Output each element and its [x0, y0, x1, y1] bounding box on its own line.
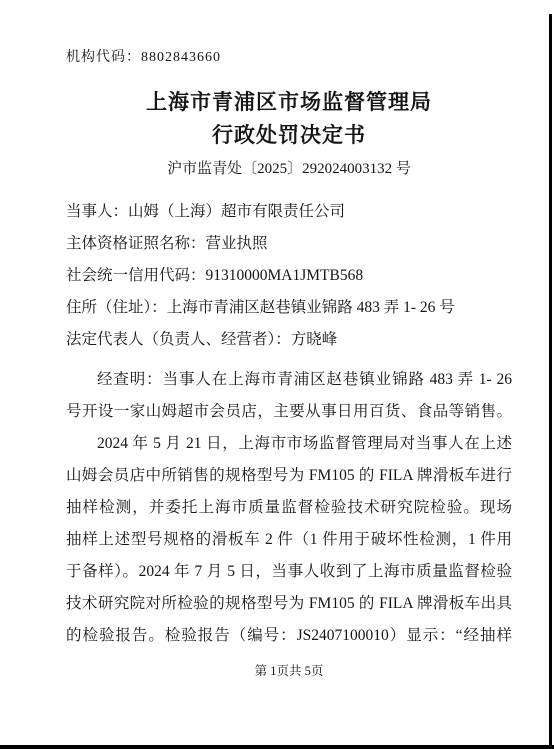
scanned-document-page: 机构代码：8802843660 上海市青浦区市场监督管理局 行政处罚决定书 沪市…	[0, 0, 554, 749]
doc-number: 沪市监青处〔2025〕292024003132 号	[66, 158, 512, 180]
body-line: 的检验报告。检验报告（编号：JS2407100010）显示：“经抽样	[66, 620, 512, 652]
page-number-footer: 第 1页共 5页	[66, 662, 512, 680]
title-doc-type: 行政处罚决定书	[66, 119, 512, 152]
body-line: 技术研究院对所检验的规格型号为 FM105 的 FILA 牌滑板车出具	[66, 588, 512, 620]
document-title: 上海市青浦区市场监督管理局 行政处罚决定书	[66, 86, 512, 152]
body-line: 山姆会员店中所销售的规格型号为 FM105 的 FILA 牌滑板车进行	[66, 460, 512, 492]
body-line: 2024 年 5 月 21 日，上海市市场监督管理局对当事人在上述	[66, 428, 512, 460]
party-name-line: 当事人：山姆（上海）超市有限责任公司	[66, 196, 512, 228]
body-line: 抽样检测，并委托上海市质量监督检验技术研究院检验。现场	[66, 492, 512, 524]
document-content: 机构代码：8802843660 上海市青浦区市场监督管理局 行政处罚决定书 沪市…	[66, 48, 512, 680]
findings-block: 经查明：当事人在上海市青浦区赵巷镇业锦路 483 弄 1- 26 号开设一家山姆…	[66, 364, 512, 652]
legal-representative-line: 法定代表人（负责人、经营者）：方晓峰	[66, 324, 512, 356]
title-authority: 上海市青浦区市场监督管理局	[66, 86, 512, 119]
org-code-line: 机构代码：8802843660	[66, 48, 512, 68]
license-type-line: 主体资格证照名称：营业执照	[66, 228, 512, 260]
body-line: 抽样上述型号规格的滑板车 2 件（1 件用于破坏性检测，1 件用	[66, 524, 512, 556]
scan-edge-bottom	[0, 745, 554, 749]
body-line: 经查明：当事人在上海市青浦区赵巷镇业锦路 483 弄 1- 26	[66, 364, 512, 396]
body-line: 于备样）。2024 年 7 月 5 日，当事人收到了上海市质量监督检验	[66, 556, 512, 588]
address-line: 住所（住址）：上海市青浦区赵巷镇业锦路 483 弄 1- 26 号	[66, 292, 512, 324]
body-line: 号开设一家山姆超市会员店，主要从事日用百货、食品等销售。	[66, 396, 512, 428]
party-info-block: 当事人：山姆（上海）超市有限责任公司 主体资格证照名称：营业执照 社会统一信用代…	[66, 196, 512, 356]
scan-edge-right	[549, 14, 552, 749]
credit-code-line: 社会统一信用代码：91310000MA1JMTB568	[66, 260, 512, 292]
